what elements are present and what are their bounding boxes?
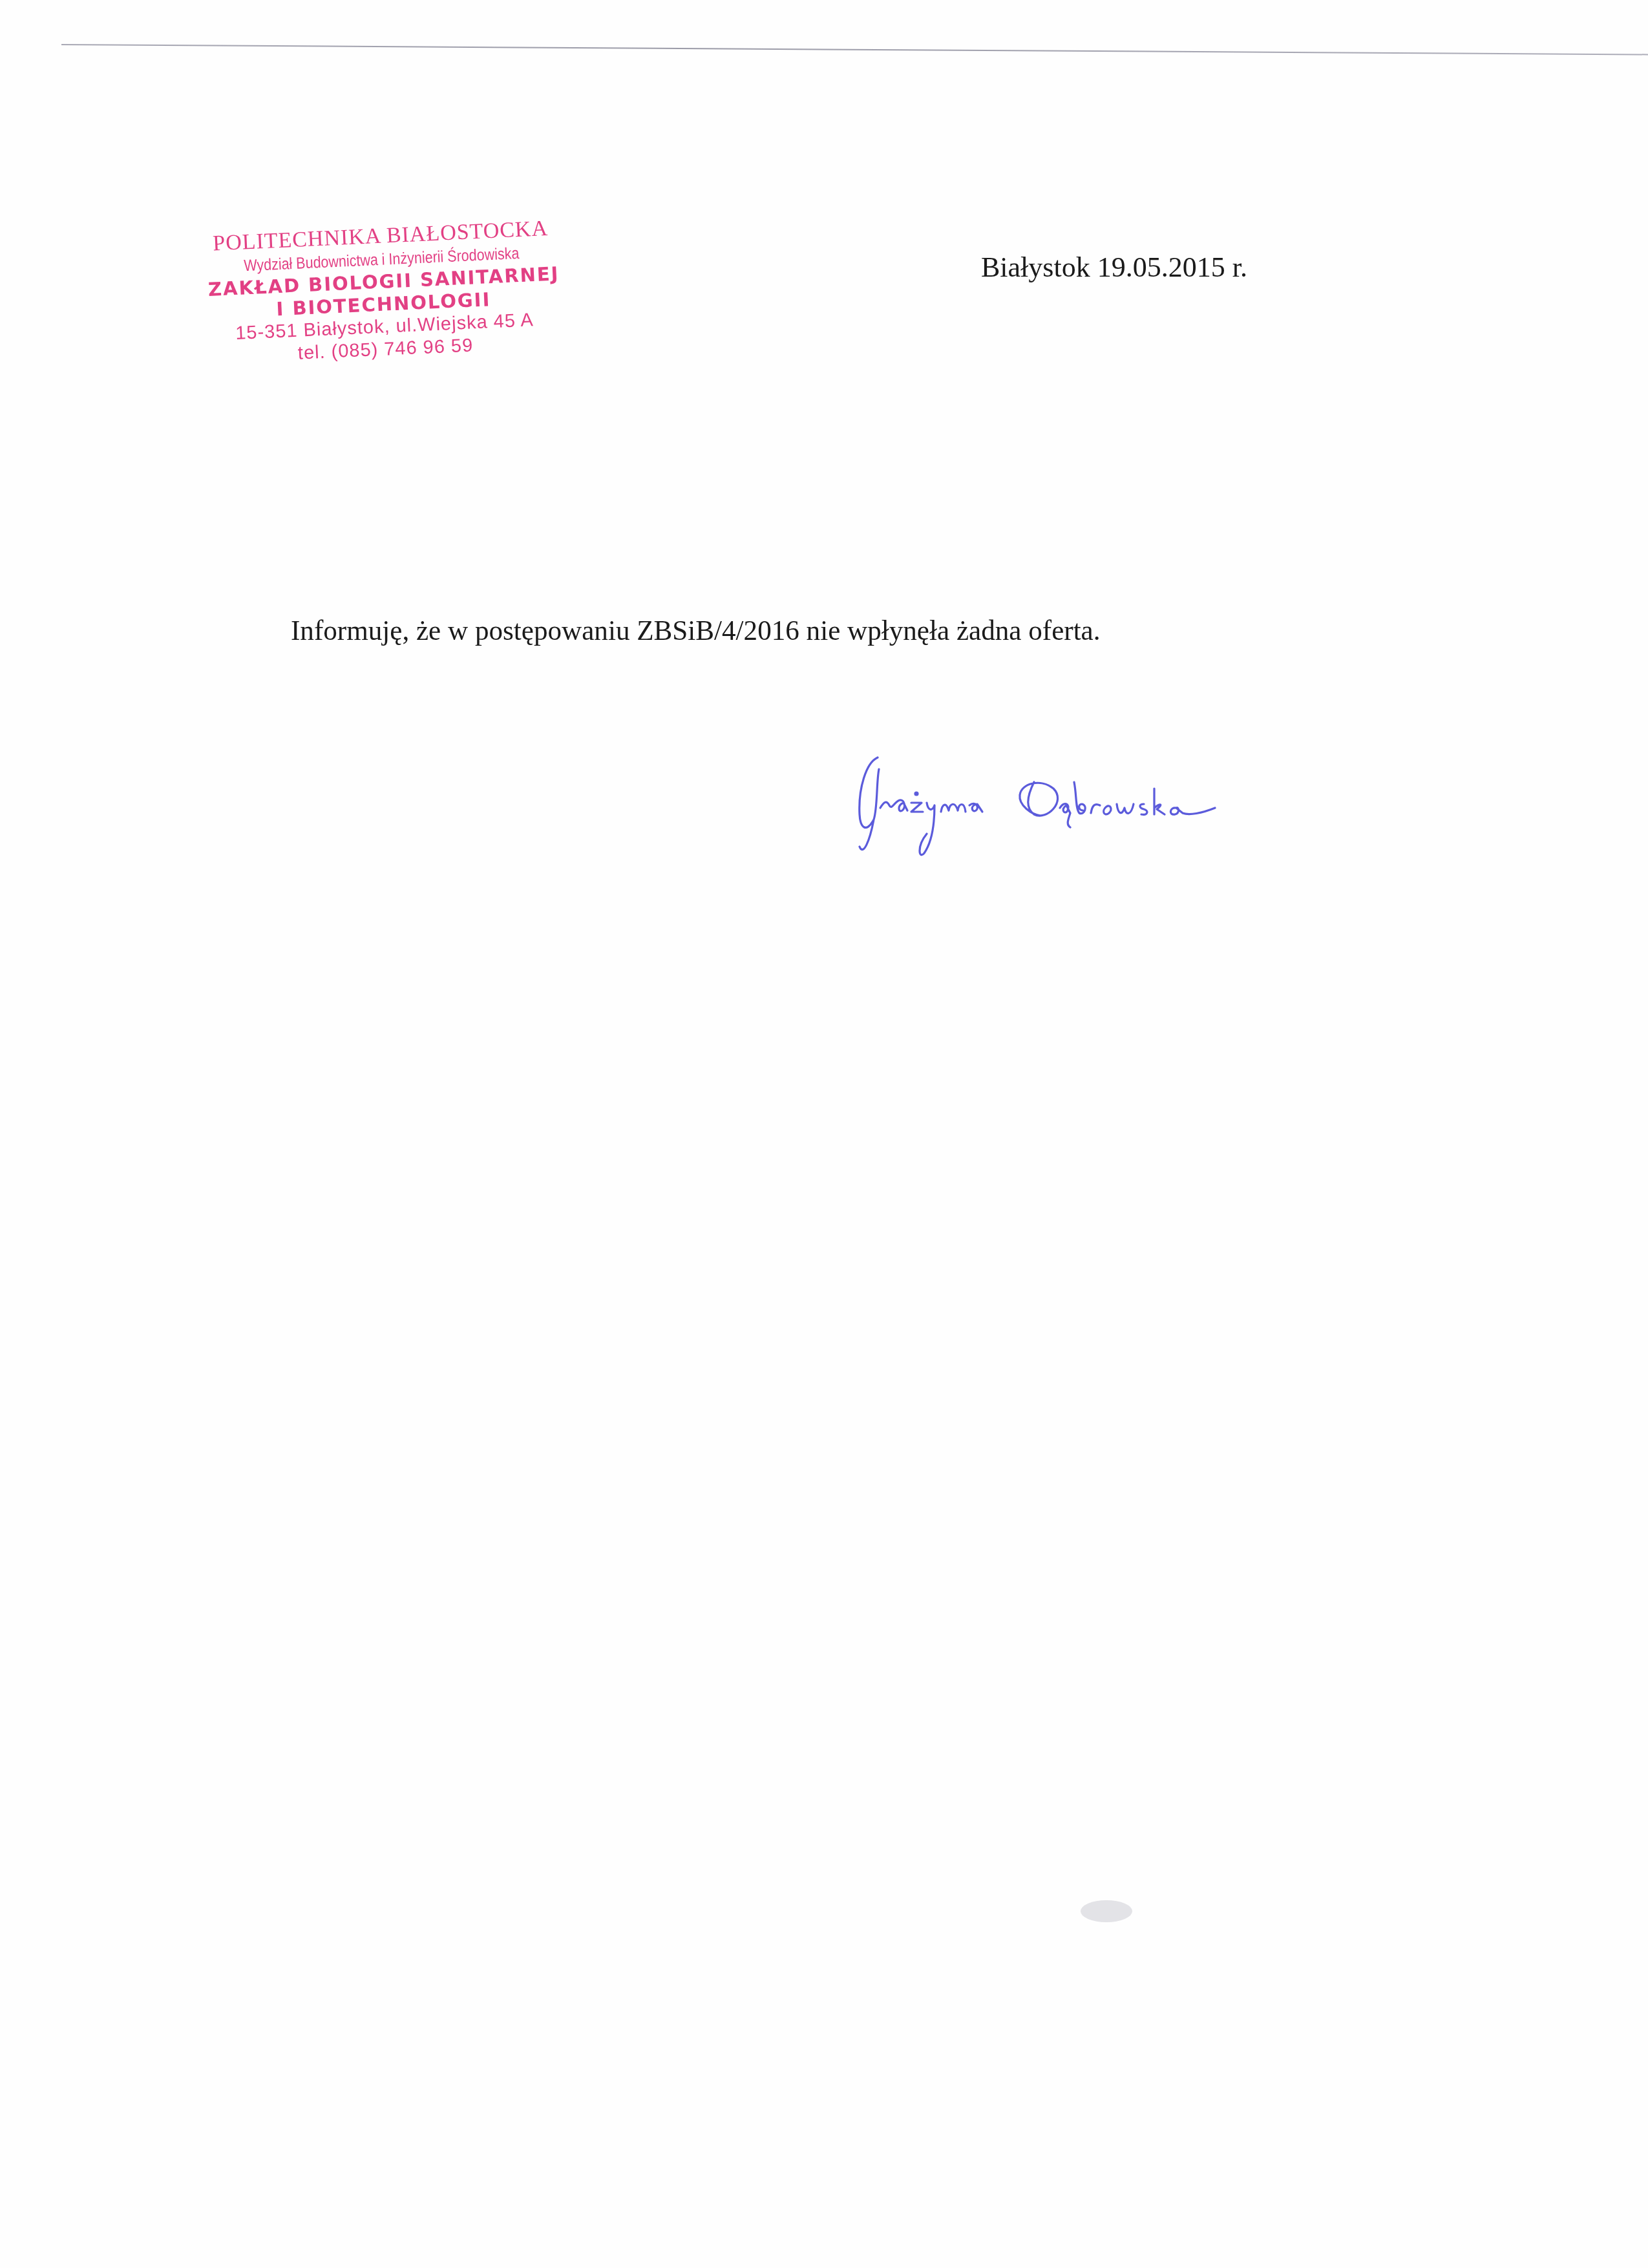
handwritten-signature: Grażyna Dąbrowska (840, 743, 1318, 873)
body-statement: Informuję, że w postępowaniu ZBSiB/4/201… (291, 614, 1101, 647)
top-horizontal-rule (61, 44, 1648, 55)
scan-smudge (1081, 1900, 1132, 1922)
institution-stamp: POLITECHNIKA BIAŁOSTOCKA Wydział Budowni… (206, 216, 560, 368)
place-and-date: Białystok 19.05.2015 r. (981, 251, 1247, 284)
scanned-document-page: POLITECHNIKA BIAŁOSTOCKA Wydział Budowni… (0, 0, 1648, 2268)
signature-strokes-icon (840, 743, 1318, 873)
